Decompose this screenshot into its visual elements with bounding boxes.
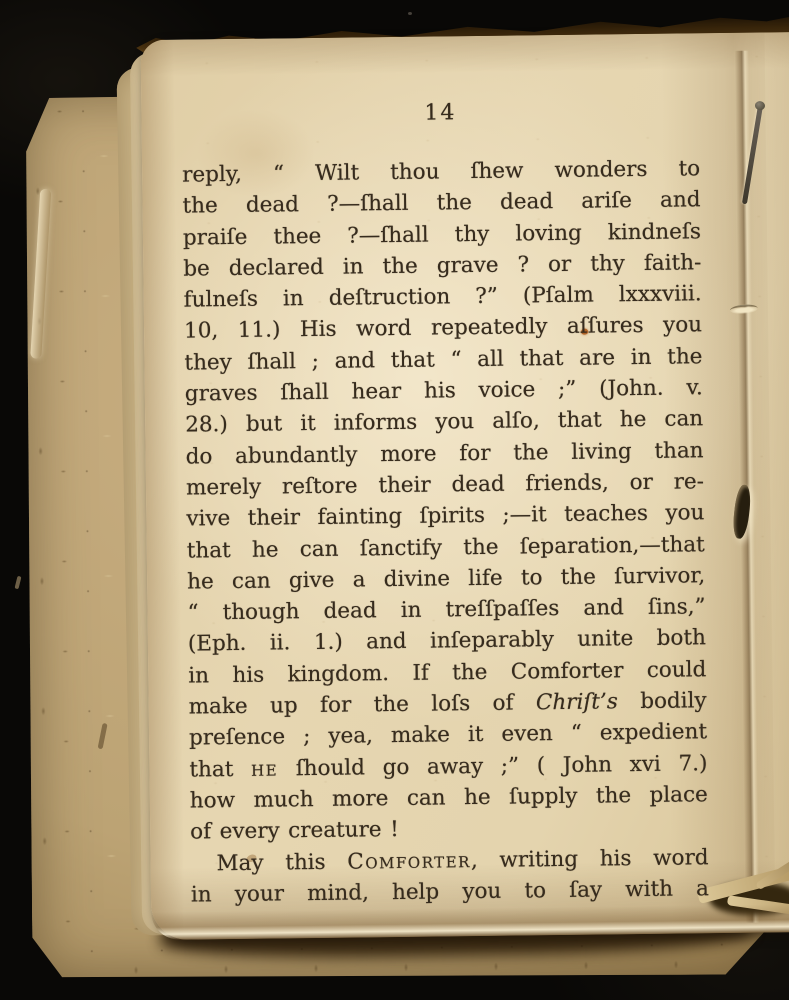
page-number: 14 (181, 97, 699, 128)
text-segment: merely reſtore their dead friends, or re… (186, 469, 704, 500)
text-segment: reply, “ Wilt thou ſhew wonders to (182, 156, 700, 187)
text-segment: of every creature ! (190, 817, 399, 845)
text-segment: ſhould go away ;” ( John xvi 7.) (278, 751, 708, 781)
text-segment: they ſhall ; and that “ all that are in … (184, 344, 702, 375)
text-segment: vive their fainting ſpirits ;—it teaches… (186, 500, 704, 531)
text-segment: in your mind, help you to ſay with a (191, 876, 709, 907)
text-segment: (Eph. ii. 1.) and inſeparably unite both (188, 626, 706, 657)
book-photo: 14 reply, “ Wilt thou ſhew wonders tothe… (0, 0, 789, 1000)
text-segment: be declared in the grave ? or thy faith- (183, 250, 701, 281)
stitch-slit (730, 304, 759, 315)
text-segment-italic: Chriſt’s (536, 689, 618, 715)
text-segment: how much more can he ſupply the place (190, 782, 708, 813)
text-segment: in his kingdom. If the Comforter could (188, 657, 706, 688)
text-segment: he can give a divine life to the ſurvivo… (187, 563, 705, 594)
text-segment: do abundantly more for the living than (185, 438, 703, 469)
text-segment-smallcaps: Comforter (347, 848, 471, 875)
page-text: reply, “ Wilt thou ſhew wonders tothe de… (182, 153, 709, 910)
text-segment-smallcaps: he (251, 756, 278, 781)
text-segment: that he can ſanctify the ſeparation,—tha… (187, 532, 705, 563)
dust-speck (14, 576, 21, 590)
book-page: 14 reply, “ Wilt thou ſhew wonders tothe… (141, 32, 789, 940)
text-segment: graves ſhall hear his voice ;” (John. v. (185, 375, 703, 406)
text-segment: “ though dead in treſſpaſſes and ſins,” (187, 594, 705, 625)
text-segment: that (189, 756, 251, 782)
text-segment: make up for the loſs of (189, 690, 537, 719)
text-segment: fulneſs in deſtruction ?” (Pſalm lxxxvii… (184, 281, 702, 312)
cover-torn-edge (30, 189, 51, 359)
text-segment: May this (216, 849, 347, 876)
text-line: in your mind, help you to ſay with a (191, 873, 709, 911)
text-segment: bodily (618, 688, 707, 714)
cover-fiber-mark (98, 723, 108, 749)
text-segment: the dead ?—ſhall the dead ariſe and (182, 188, 700, 219)
text-segment: preſence ; yea, make it even “ expedient (189, 720, 707, 751)
text-segment: 28.) but it informs you alſo, that he ca… (185, 407, 703, 438)
text-segment: , writing his word (471, 845, 709, 873)
text-segment: 10, 11.) His word repeatedly aſſures you (184, 313, 702, 344)
text-segment: praiſe thee ?—ſhall thy loving kindneſs (183, 219, 701, 250)
dust-speck (408, 12, 412, 15)
text-line: how much more can he ſupply the place (190, 779, 708, 817)
